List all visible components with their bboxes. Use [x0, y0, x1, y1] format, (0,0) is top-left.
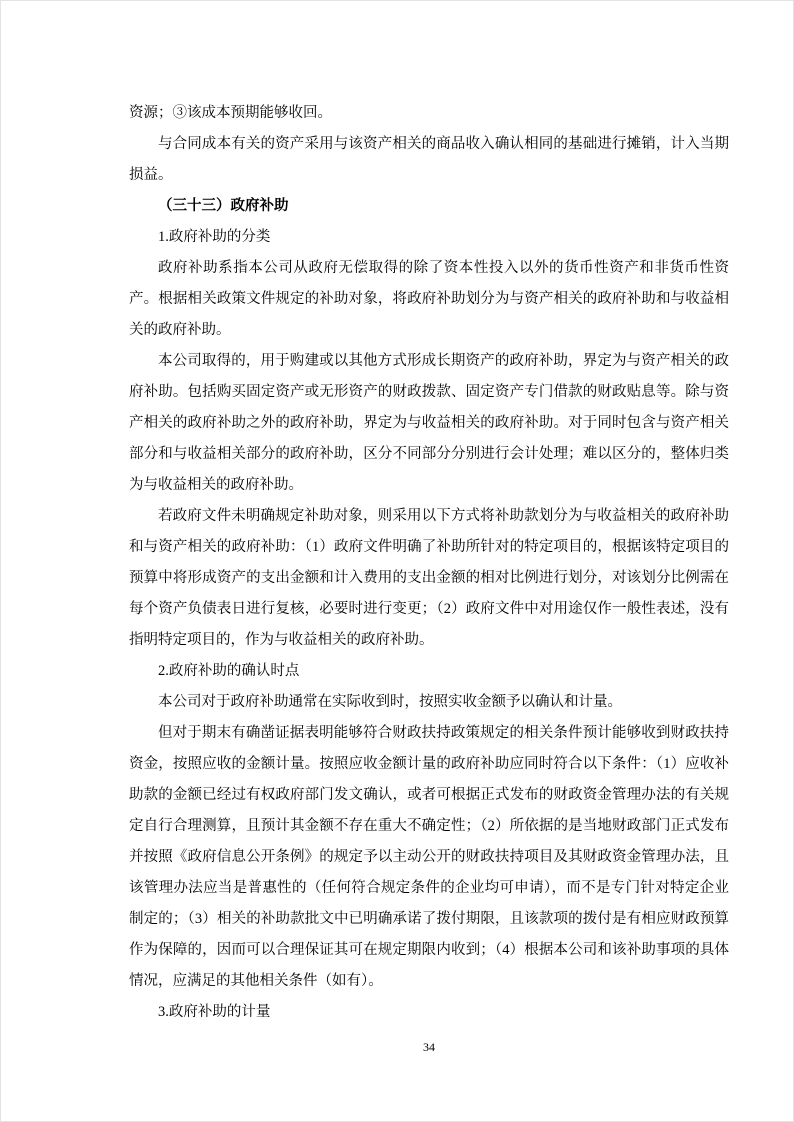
- paragraph: 本公司对于政府补助通常在实际收到时，按照实收金额予以确认和计量。: [129, 687, 729, 718]
- numbered-subheading: 2.政府补助的确认时点: [129, 656, 729, 687]
- section-heading: （三十三）政府补助: [129, 191, 729, 222]
- paragraph: 政府补助系指本公司从政府无偿取得的除了资本性投入以外的货币性资产和非货币性资产。…: [129, 253, 729, 346]
- document-page: 资源；③该成本预期能够收回。 与合同成本有关的资产采用与该资产相关的商品收入确认…: [0, 0, 794, 1122]
- paragraph: 若政府文件未明确规定补助对象，则采用以下方式将补助款划分为与收益相关的政府补助和…: [129, 501, 729, 656]
- paragraph: 本公司取得的，用于购建或以其他方式形成长期资产的政府补助，界定为与资产相关的政府…: [129, 346, 729, 501]
- paragraph: 与合同成本有关的资产采用与该资产相关的商品收入确认相同的基础进行摊销，计入当期损…: [129, 129, 729, 191]
- numbered-subheading: 3.政府补助的计量: [129, 997, 729, 1028]
- content-area: 资源；③该成本预期能够收回。 与合同成本有关的资产采用与该资产相关的商品收入确认…: [129, 98, 729, 1028]
- paragraph: 但对于期末有确凿证据表明能够符合财政扶持政策规定的相关条件预计能够收到财政扶持资…: [129, 718, 729, 997]
- paragraph-continuation: 资源；③该成本预期能够收回。: [129, 98, 729, 129]
- numbered-subheading: 1.政府补助的分类: [129, 222, 729, 253]
- page-number: 34: [129, 1039, 729, 1055]
